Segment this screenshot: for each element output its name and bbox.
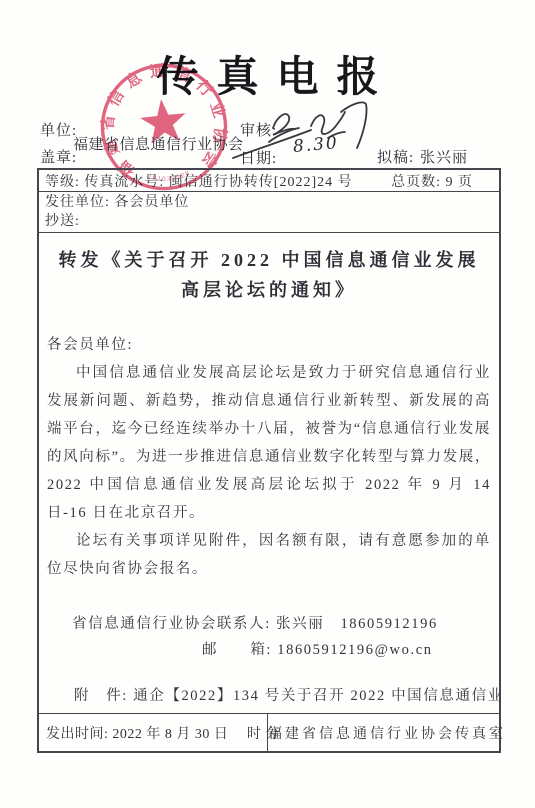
total-pages-text: 总页数: 9 页: [391, 171, 473, 191]
unit-label: 单位:: [40, 119, 77, 140]
reviewer-signature: [225, 96, 400, 166]
subject-line-2: 高层论坛的通知》: [47, 275, 491, 305]
send-to-text: 发往单位: 各会员单位: [45, 193, 493, 212]
grade-row: 等级: 传真流水号: 闽信通行协转传[2022]24 号 总页数: 9 页: [39, 170, 499, 192]
seal-label: 盖章:: [40, 146, 77, 167]
paragraph-1: 中国信息通信业发展高层论坛是致力于研究信息通信行业发展新问题、新趋势，推动信息通…: [47, 359, 491, 527]
email-line: 邮 箱: 18605912196@wo.cn: [202, 637, 491, 663]
attachment-block: 附 件: 通企【2022】134 号关于召开 2022 中国信息通信业发展 高层…: [47, 683, 491, 714]
fax-office-cell: 福建省信息通信行业协会传真室: [268, 714, 506, 751]
fax-table: 等级: 传真流水号: 闽信通行协转传[2022]24 号 总页数: 9 页 发往…: [37, 168, 501, 753]
salutation: 各会员单位:: [47, 331, 491, 359]
cc-text: 抄送:: [45, 212, 493, 231]
sent-time-cell: 发出时间: 2022 年 8 月 30 日 时 分: [39, 714, 268, 751]
grade-serial-text: 等级: 传真流水号: 闽信通行协转传[2022]24 号: [45, 171, 353, 191]
unit-name: 福建省信息通信行业协会: [73, 133, 244, 154]
subject-line-1: 转发《关于召开 2022 中国信息通信业发展: [47, 245, 491, 275]
footer-row: 发出时间: 2022 年 8 月 30 日 时 分 福建省信息通信行业协会传真室: [39, 714, 499, 751]
letter-body: 转发《关于召开 2022 中国信息通信业发展 高层论坛的通知》 各会员单位: 中…: [39, 233, 499, 714]
contact-block: 省信息通信行业协会联系人: 张兴丽 18605912196 邮 箱: 18605…: [47, 611, 491, 663]
drafter-name: 张兴丽: [420, 146, 468, 167]
fax-document: 传真电报 福建省信息通信行业协会 201032528 单位: 盖章: 福建省信息…: [0, 0, 535, 808]
handwritten-date: 8.30: [292, 133, 339, 157]
contact-line: 省信息通信行业协会联系人: 张兴丽 18605912196: [72, 611, 491, 637]
attachment-line-1: 附 件: 通企【2022】134 号关于召开 2022 中国信息通信业发展: [74, 683, 491, 709]
paragraph-2: 论坛有关事项详见附件，因名额有限，请有意愿参加的单位尽快向省协会报名。: [47, 527, 491, 583]
recipients-row: 发往单位: 各会员单位 抄送:: [39, 192, 499, 233]
